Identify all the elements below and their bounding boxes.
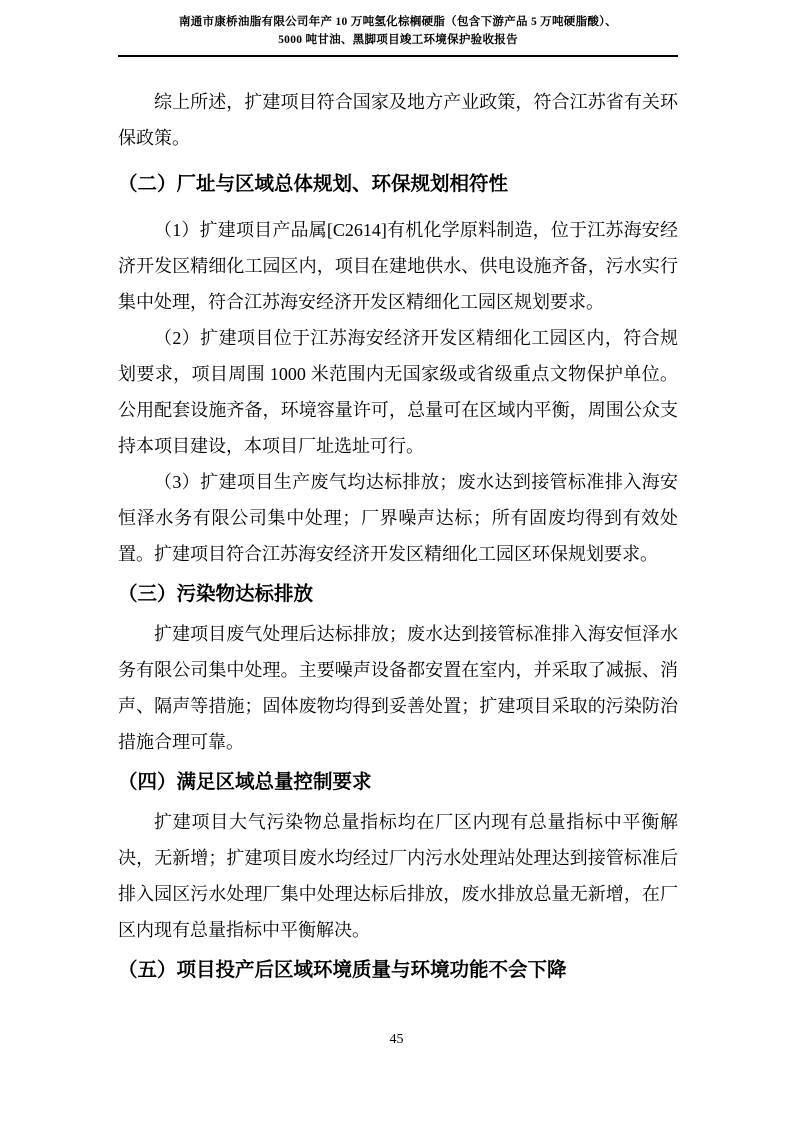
paragraph-policy-conclusion: 综上所述，扩建项目符合国家及地方产业政策，符合江苏省有关环保政策。 [118,84,678,156]
paragraph-section-2-item-2: （2）扩建项目位于江苏海安经济开发区精细化工园区内，符合规划要求，项目周围 10… [118,320,678,464]
heading-section-4-total-quantity-control: （四）满足区域总量控制要求 [118,764,678,800]
page-header: 南通市康桥油脂有限公司年产 10 万吨氢化棕榈硬脂（包含下游产品 5 万吨硬脂酸… [118,0,678,57]
heading-section-5-environment-quality: （五）项目投产后区域环境质量与环境功能不会下降 [118,952,678,988]
document-content: 综上所述，扩建项目符合国家及地方产业政策，符合江苏省有关环保政策。 （二）厂址与… [118,84,678,992]
page-number: 45 [390,1032,404,1047]
header-title-line-1: 南通市康桥油脂有限公司年产 10 万吨氢化棕榈硬脂（包含下游产品 5 万吨硬脂酸… [118,13,678,31]
header-title-line-2: 5000 吨甘油、黑脚项目竣工环境保护验收报告 [118,31,678,49]
paragraph-section-4: 扩建项目大气污染物总量指标均在厂区内现有总量指标中平衡解决，无新增；扩建项目废水… [118,804,678,948]
paragraph-section-3: 扩建项目废气处理后达标排放；废水达到接管标准排入海安恒泽水务有限公司集中处理。主… [118,616,678,760]
report-page: 南通市康桥油脂有限公司年产 10 万吨氢化棕榈硬脂（包含下游产品 5 万吨硬脂酸… [0,0,793,1122]
paragraph-section-2-item-3: （3）扩建项目生产废气均达标排放；废水达到接管标准排入海安恒泽水务有限公司集中处… [118,464,678,572]
page-footer: 45 [0,1030,793,1050]
heading-section-3-pollutant-discharge: （三）污染物达标排放 [118,576,678,612]
paragraph-section-2-item-1: （1）扩建项目产品属[C2614]有机化学原料制造，位于江苏海安经济开发区精细化… [118,212,678,320]
heading-section-2-site-planning: （二）厂址与区域总体规划、环保规划相符性 [118,166,678,202]
